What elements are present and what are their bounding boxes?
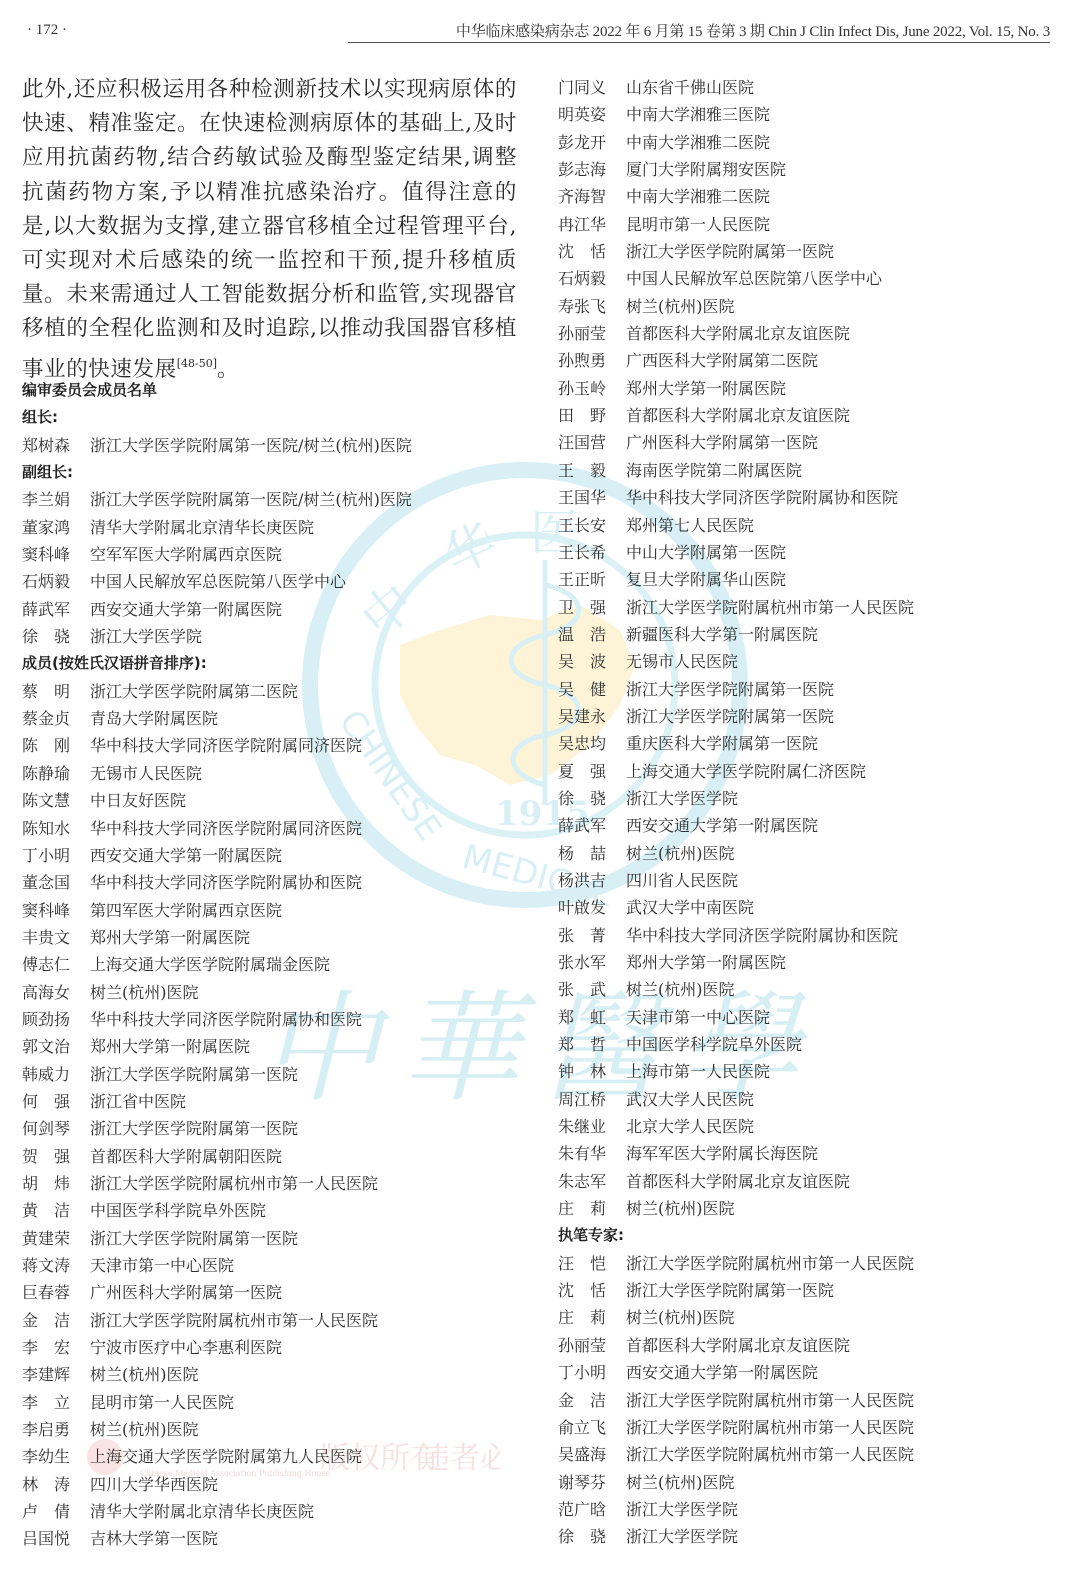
member-name: 汪 恺 [558, 1250, 626, 1277]
list-item: 陈知水华中科技大学同济医学院附属同济医院 [22, 815, 412, 842]
page-header: · 172 · 中华临床感染病杂志 2022 年 6 月第 15 卷第 3 期 … [0, 0, 1080, 50]
member-name: 卢 倩 [22, 1498, 90, 1525]
member-name: 门同义 [558, 74, 626, 101]
member-institution: 浙江大学医学院附属杭州市第一人民医院 [626, 1250, 914, 1277]
member-name: 卫 强 [558, 594, 626, 621]
member-institution: 首都医科大学附属北京友谊医院 [626, 1332, 850, 1359]
member-institution: 浙江大学医学院附属第一医院 [626, 238, 834, 265]
list-item: 薛武军西安交通大学第一附属医院 [558, 812, 914, 839]
list-item: 沈 恬浙江大学医学院附属第一医院 [558, 238, 914, 265]
member-institution: 浙江大学医学院附属杭州市第一人民医院 [90, 1170, 378, 1197]
list-item: 田 野首都医科大学附属北京友谊医院 [558, 402, 914, 429]
list-item: 张 菁华中科技大学同济医学院附属协和医院 [558, 922, 914, 949]
list-item: 王长安郑州第七人民医院 [558, 512, 914, 539]
member-institution: 浙江大学医学院附属杭州市第一人民医院 [626, 1441, 914, 1468]
member-name: 李 立 [22, 1389, 90, 1416]
member-name: 沈 恬 [558, 1277, 626, 1304]
header-rule [348, 42, 1050, 43]
list-item: 黄 洁中国医学科学院阜外医院 [22, 1197, 412, 1224]
member-institution: 树兰(杭州)医院 [626, 976, 735, 1003]
member-institution: 西安交通大学第一附属医院 [90, 842, 282, 869]
list-item: 徐 骁浙江大学医学院 [558, 1523, 914, 1550]
member-institution: 上海交通大学医学院附属第九人民医院 [90, 1443, 362, 1470]
member-name: 郭文治 [22, 1033, 90, 1060]
member-institution: 浙江大学医学院附属第一医院 [626, 703, 834, 730]
member-name: 傅志仁 [22, 951, 90, 978]
list-item: 郭文治郑州大学第一附属医院 [22, 1033, 412, 1060]
member-name: 俞立飞 [558, 1414, 626, 1441]
committee-list-left: 编审委员会成员名单组长:郑树森浙江大学医学院附属第一医院/树兰(杭州)医院副组长… [22, 377, 412, 1553]
list-item: 卫 强浙江大学医学院附属杭州市第一人民医院 [558, 594, 914, 621]
member-institution: 浙江大学医学院附属第一医院/树兰(杭州)医院 [90, 432, 412, 459]
member-name: 明英姿 [558, 101, 626, 128]
member-name: 陈静瑜 [22, 760, 90, 787]
member-institution: 清华大学附属北京清华长庚医院 [90, 514, 314, 541]
member-name: 谢琴芬 [558, 1469, 626, 1496]
member-institution: 中南大学湘雅三医院 [626, 101, 770, 128]
list-item: 李兰娟浙江大学医学院附属第一医院/树兰(杭州)医院 [22, 486, 412, 513]
members-heading: 成员(按姓氏汉语拼音排序): [22, 650, 412, 677]
member-institution: 浙江大学医学院附属第一医院 [90, 1115, 298, 1142]
member-name: 吴盛海 [558, 1441, 626, 1468]
member-name: 范广晗 [558, 1496, 626, 1523]
list-item: 徐 骁浙江大学医学院 [558, 785, 914, 812]
committee-list-right: 门同义山东省千佛山医院明英姿中南大学湘雅三医院彭龙开中南大学湘雅二医院彭志海厦门… [558, 74, 914, 1551]
member-institution: 浙江大学医学院附属杭州市第一人民医院 [626, 594, 914, 621]
list-item: 明英姿中南大学湘雅三医院 [558, 101, 914, 128]
member-institution: 首都医科大学附属北京友谊医院 [626, 402, 850, 429]
member-institution: 浙江大学医学院附属杭州市第一人民医院 [626, 1414, 914, 1441]
member-institution: 浙江大学医学院附属第一医院 [90, 1061, 298, 1088]
list-item: 张 武树兰(杭州)医院 [558, 976, 914, 1003]
member-institution: 新疆医科大学第一附属医院 [626, 621, 818, 648]
list-item: 孙玉岭郑州大学第一附属医院 [558, 375, 914, 402]
paragraph-text: 此外,还应积极运用各种检测新技术以实现病原体的快速、精准鉴定。在快速检测病原体的… [22, 77, 517, 382]
member-institution: 广州医科大学附属第一医院 [626, 429, 818, 456]
member-institution: 昆明市第一人民医院 [626, 211, 770, 238]
list-item: 薛武军西安交通大学第一附属医院 [22, 596, 412, 623]
member-name: 李幼生 [22, 1443, 90, 1470]
member-name: 吕国悦 [22, 1525, 90, 1552]
member-institution: 复旦大学附属华山医院 [626, 566, 786, 593]
member-name: 张 菁 [558, 922, 626, 949]
member-name: 郑 哲 [558, 1031, 626, 1058]
deputy-heading: 副组长: [22, 459, 412, 486]
list-item: 董念国华中科技大学同济医学院附属协和医院 [22, 869, 412, 896]
member-name: 黄 洁 [22, 1197, 90, 1224]
list-item: 钟 林上海市第一人民医院 [558, 1058, 914, 1085]
member-institution: 浙江大学医学院 [626, 785, 738, 812]
list-item: 郑 虹天津市第一中心医院 [558, 1004, 914, 1031]
member-institution: 第四军医大学附属西京医院 [90, 897, 282, 924]
member-institution: 中南大学湘雅二医院 [626, 129, 770, 156]
member-name: 金 洁 [558, 1387, 626, 1414]
list-item: 彭龙开中南大学湘雅二医院 [558, 129, 914, 156]
member-institution: 广州医科大学附属第一医院 [90, 1279, 282, 1306]
member-institution: 北京大学人民医院 [626, 1113, 754, 1140]
member-institution: 树兰(杭州)医院 [90, 1361, 199, 1388]
list-item: 寿张飞树兰(杭州)医院 [558, 293, 914, 320]
member-institution: 武汉大学中南医院 [626, 894, 754, 921]
svg-text:违者必究: 违者必究 [420, 1441, 500, 1476]
member-name: 田 野 [558, 402, 626, 429]
list-item: 王正昕复旦大学附属华山医院 [558, 566, 914, 593]
list-item: 何 强浙江省中医院 [22, 1088, 412, 1115]
list-item: 谢琴芬树兰(杭州)医院 [558, 1469, 914, 1496]
list-item: 金 洁浙江大学医学院附属杭州市第一人民医院 [22, 1307, 412, 1334]
member-name: 吴建永 [558, 703, 626, 730]
member-institution: 无锡市人民医院 [90, 760, 202, 787]
list-item: 汪 恺浙江大学医学院附属杭州市第一人民医院 [558, 1250, 914, 1277]
member-name: 李建辉 [22, 1361, 90, 1388]
member-name: 温 浩 [558, 621, 626, 648]
member-institution: 天津市第一中心医院 [626, 1004, 770, 1031]
list-item: 吕国悦吉林大学第一医院 [22, 1525, 412, 1552]
member-name: 蒋文涛 [22, 1252, 90, 1279]
member-name: 朱有华 [558, 1140, 626, 1167]
member-institution: 浙江大学医学院 [626, 1523, 738, 1550]
list-item: 郑 哲中国医学科学院阜外医院 [558, 1031, 914, 1058]
list-item: 冉江华昆明市第一人民医院 [558, 211, 914, 238]
member-institution: 浙江大学医学院附属第二医院 [90, 678, 298, 705]
member-institution: 树兰(杭州)医院 [90, 979, 199, 1006]
member-name: 彭志海 [558, 156, 626, 183]
member-institution: 树兰(杭州)医院 [626, 1195, 735, 1222]
member-institution: 中国人民解放军总医院第八医学中心 [90, 568, 346, 595]
member-institution: 浙江大学医学院附属第一医院 [626, 676, 834, 703]
member-institution: 树兰(杭州)医院 [626, 293, 735, 320]
member-name: 张 武 [558, 976, 626, 1003]
member-name: 王长安 [558, 512, 626, 539]
list-item: 庄 莉树兰(杭州)医院 [558, 1304, 914, 1331]
list-item: 陈 刚华中科技大学同济医学院附属同济医院 [22, 732, 412, 759]
list-item: 朱继业北京大学人民医院 [558, 1113, 914, 1140]
list-item: 陈文慧中日友好医院 [22, 787, 412, 814]
list-item: 孙煦勇广西医科大学附属第二医院 [558, 347, 914, 374]
member-institution: 海南医学院第二附属医院 [626, 457, 802, 484]
member-name: 董家鸿 [22, 514, 90, 541]
citation-ref[interactable]: [48-50] [177, 357, 217, 370]
list-item: 李建辉树兰(杭州)医院 [22, 1361, 412, 1388]
list-item: 庄 莉树兰(杭州)医院 [558, 1195, 914, 1222]
list-item: 叶啟发武汉大学中南医院 [558, 894, 914, 921]
list-item: 吴建永浙江大学医学院附属第一医院 [558, 703, 914, 730]
member-name: 杨洪吉 [558, 867, 626, 894]
member-name: 王长希 [558, 539, 626, 566]
member-institution: 浙江大学医学院附属第一医院/树兰(杭州)医院 [90, 486, 412, 513]
member-institution: 树兰(杭州)医院 [626, 840, 735, 867]
member-name: 胡 炜 [22, 1170, 90, 1197]
list-item: 李幼生上海交通大学医学院附属第九人民医院 [22, 1443, 412, 1470]
list-item: 李 宏宁波市医疗中心李惠利医院 [22, 1334, 412, 1361]
member-name: 王正昕 [558, 566, 626, 593]
member-institution: 西安交通大学第一附属医院 [90, 596, 282, 623]
list-item: 林 涛四川大学华西医院 [22, 1471, 412, 1498]
member-name: 蔡 明 [22, 678, 90, 705]
member-institution: 华中科技大学同济医学院附属协和医院 [626, 484, 898, 511]
svg-text:华: 华 [436, 512, 506, 586]
member-institution: 四川大学华西医院 [90, 1471, 218, 1498]
list-item: 朱志军首都医科大学附属北京友谊医院 [558, 1168, 914, 1195]
member-name: 王 毅 [558, 457, 626, 484]
member-name: 朱继业 [558, 1113, 626, 1140]
member-name: 郑树森 [22, 432, 90, 459]
list-item: 何剑琴浙江大学医学院附属第一医院 [22, 1115, 412, 1142]
member-institution: 中国医学科学院阜外医院 [90, 1197, 266, 1224]
list-item: 蔡金贞青岛大学附属医院 [22, 705, 412, 732]
list-item: 黄建荣浙江大学医学院附属第一医院 [22, 1225, 412, 1252]
member-institution: 郑州大学第一附属医院 [626, 375, 786, 402]
member-name: 孙丽莹 [558, 320, 626, 347]
member-institution: 浙江大学医学院附属第一医院 [626, 1277, 834, 1304]
member-institution: 西安交通大学第一附属医院 [626, 812, 818, 839]
list-item: 俞立飞浙江大学医学院附属杭州市第一人民医院 [558, 1414, 914, 1441]
member-name: 顾劲扬 [22, 1006, 90, 1033]
member-institution: 郑州第七人民医院 [626, 512, 754, 539]
member-name: 丰贵文 [22, 924, 90, 951]
member-institution: 中日友好医院 [90, 787, 186, 814]
list-item: 丁小明西安交通大学第一附属医院 [22, 842, 412, 869]
member-name: 徐 骁 [558, 1523, 626, 1550]
member-institution: 中国医学科学院阜外医院 [626, 1031, 802, 1058]
member-institution: 武汉大学人民医院 [626, 1086, 754, 1113]
body-paragraph: 此外,还应积极运用各种检测新技术以实现病原体的快速、精准鉴定。在快速检测病原体的… [22, 73, 517, 387]
list-item: 吴 波无锡市人民医院 [558, 648, 914, 675]
member-institution: 华中科技大学同济医学院附属协和医院 [90, 869, 362, 896]
member-name: 薛武军 [558, 812, 626, 839]
member-institution: 首都医科大学附属北京友谊医院 [626, 1168, 850, 1195]
member-name: 窦科峰 [22, 897, 90, 924]
member-name: 陈 刚 [22, 732, 90, 759]
member-name: 徐 骁 [558, 785, 626, 812]
member-name: 窦科峰 [22, 541, 90, 568]
member-name: 丁小明 [558, 1359, 626, 1386]
member-institution: 重庆医科大学附属第一医院 [626, 730, 818, 757]
member-name: 李 宏 [22, 1334, 90, 1361]
list-item: 范广晗浙江大学医学院 [558, 1496, 914, 1523]
member-institution: 海军军医大学附属长海医院 [626, 1140, 818, 1167]
list-item: 杨洪吉四川省人民医院 [558, 867, 914, 894]
member-name: 石炳毅 [558, 265, 626, 292]
list-item: 王国华华中科技大学同济医学院附属协和医院 [558, 484, 914, 511]
list-item: 张水军郑州大学第一附属医院 [558, 949, 914, 976]
member-name: 董念国 [22, 869, 90, 896]
member-name: 汪国营 [558, 429, 626, 456]
member-institution: 宁波市医疗中心李惠利医院 [90, 1334, 282, 1361]
list-item: 韩威力浙江大学医学院附属第一医院 [22, 1061, 412, 1088]
member-name: 朱志军 [558, 1168, 626, 1195]
list-item: 窦科峰第四军医大学附属西京医院 [22, 897, 412, 924]
list-item: 郑树森浙江大学医学院附属第一医院/树兰(杭州)医院 [22, 432, 412, 459]
member-name: 金 洁 [22, 1307, 90, 1334]
list-item: 巨春蓉广州医科大学附属第一医院 [22, 1279, 412, 1306]
member-name: 钟 林 [558, 1058, 626, 1085]
member-name: 何 强 [22, 1088, 90, 1115]
list-item: 彭志海厦门大学附属翔安医院 [558, 156, 914, 183]
committee-title: 编审委员会成员名单 [22, 377, 412, 404]
member-name: 杨 喆 [558, 840, 626, 867]
member-name: 夏 强 [558, 758, 626, 785]
list-item: 齐海智中南大学湘雅二医院 [558, 183, 914, 210]
member-institution: 首都医科大学附属朝阳医院 [90, 1143, 282, 1170]
list-item: 顾劲扬华中科技大学同济医学院附属协和医院 [22, 1006, 412, 1033]
member-institution: 上海交通大学医学院附属仁济医院 [626, 758, 866, 785]
member-name: 韩威力 [22, 1061, 90, 1088]
member-name: 蔡金贞 [22, 705, 90, 732]
list-item: 温 浩新疆医科大学第一附属医院 [558, 621, 914, 648]
member-name: 彭龙开 [558, 129, 626, 156]
member-institution: 浙江省中医院 [90, 1088, 186, 1115]
member-name: 李启勇 [22, 1416, 90, 1443]
list-item: 丁小明西安交通大学第一附属医院 [558, 1359, 914, 1386]
member-name: 孙煦勇 [558, 347, 626, 374]
list-item: 王长希中山大学附属第一医院 [558, 539, 914, 566]
list-item: 吴盛海浙江大学医学院附属杭州市第一人民医院 [558, 1441, 914, 1468]
member-name: 吴 波 [558, 648, 626, 675]
member-institution: 郑州大学第一附属医院 [626, 949, 786, 976]
member-name: 冉江华 [558, 211, 626, 238]
member-institution: 浙江大学医学院附属杭州市第一人民医院 [626, 1387, 914, 1414]
list-item: 杨 喆树兰(杭州)医院 [558, 840, 914, 867]
list-item: 贺 强首都医科大学附属朝阳医院 [22, 1143, 412, 1170]
list-item: 胡 炜浙江大学医学院附属杭州市第一人民医院 [22, 1170, 412, 1197]
leader-heading: 组长: [22, 404, 412, 431]
list-item: 王 毅海南医学院第二附属医院 [558, 457, 914, 484]
member-institution: 广西医科大学附属第二医院 [626, 347, 818, 374]
member-institution: 浙江大学医学院附属第一医院 [90, 1225, 298, 1252]
page-number: · 172 · [27, 22, 67, 39]
member-institution: 树兰(杭州)医院 [626, 1304, 735, 1331]
member-name: 丁小明 [22, 842, 90, 869]
member-institution: 郑州大学第一附属医院 [90, 1033, 250, 1060]
list-item: 董家鸿清华大学附属北京清华长庚医院 [22, 514, 412, 541]
member-institution: 首都医科大学附属北京友谊医院 [626, 320, 850, 347]
member-institution: 华中科技大学同济医学院附属同济医院 [90, 732, 362, 759]
member-institution: 树兰(杭州)医院 [626, 1469, 735, 1496]
member-institution: 郑州大学第一附属医院 [90, 924, 250, 951]
member-institution: 上海交通大学医学院附属瑞金医院 [90, 951, 330, 978]
list-item: 金 洁浙江大学医学院附属杭州市第一人民医院 [558, 1387, 914, 1414]
list-item: 傅志仁上海交通大学医学院附属瑞金医院 [22, 951, 412, 978]
member-institution: 昆明市第一人民医院 [90, 1389, 234, 1416]
member-name: 寿张飞 [558, 293, 626, 320]
member-name: 叶啟发 [558, 894, 626, 921]
member-institution: 上海市第一人民医院 [626, 1058, 770, 1085]
list-item: 孙丽莹首都医科大学附属北京友谊医院 [558, 1332, 914, 1359]
member-name: 黄建荣 [22, 1225, 90, 1252]
member-institution: 浙江大学医学院 [90, 623, 202, 650]
member-institution: 浙江大学医学院 [626, 1496, 738, 1523]
list-item: 周江桥武汉大学人民医院 [558, 1086, 914, 1113]
member-institution: 树兰(杭州)医院 [90, 1416, 199, 1443]
list-item: 徐 骁浙江大学医学院 [22, 623, 412, 650]
list-item: 孙丽莹首都医科大学附属北京友谊医院 [558, 320, 914, 347]
member-name: 张水军 [558, 949, 626, 976]
list-item: 门同义山东省千佛山医院 [558, 74, 914, 101]
list-item: 窦科峰空军军医大学附属西京医院 [22, 541, 412, 568]
list-item: 汪国营广州医科大学附属第一医院 [558, 429, 914, 456]
list-item: 朱有华海军军医大学附属长海医院 [558, 1140, 914, 1167]
member-institution: 空军军医大学附属西京医院 [90, 541, 282, 568]
member-name: 王国华 [558, 484, 626, 511]
member-institution: 四川省人民医院 [626, 867, 738, 894]
member-name: 吴 健 [558, 676, 626, 703]
member-institution: 山东省千佛山医院 [626, 74, 754, 101]
member-institution: 吉林大学第一医院 [90, 1525, 218, 1552]
member-name: 周江桥 [558, 1086, 626, 1113]
member-institution: 西安交通大学第一附属医院 [626, 1359, 818, 1386]
member-name: 贺 强 [22, 1143, 90, 1170]
member-name: 沈 恬 [558, 238, 626, 265]
member-institution: 华中科技大学同济医学院附属协和医院 [626, 922, 898, 949]
member-institution: 中南大学湘雅二医院 [626, 183, 770, 210]
member-institution: 浙江大学医学院附属杭州市第一人民医院 [90, 1307, 378, 1334]
member-name: 巨春蓉 [22, 1279, 90, 1306]
member-name: 郑 虹 [558, 1004, 626, 1031]
member-institution: 青岛大学附属医院 [90, 705, 218, 732]
member-name: 庄 莉 [558, 1304, 626, 1331]
list-item: 丰贵文郑州大学第一附属医院 [22, 924, 412, 951]
journal-citation: 中华临床感染病杂志 2022 年 6 月第 15 卷第 3 期 Chin J C… [456, 20, 1050, 41]
list-item: 蔡 明浙江大学医学院附属第二医院 [22, 678, 412, 705]
member-name: 徐 骁 [22, 623, 90, 650]
member-name: 石炳毅 [22, 568, 90, 595]
member-institution: 清华大学附属北京清华长庚医院 [90, 1498, 314, 1525]
list-item: 高海女树兰(杭州)医院 [22, 979, 412, 1006]
member-name: 吴忠均 [558, 730, 626, 757]
list-item: 吴忠均重庆医科大学附属第一医院 [558, 730, 914, 757]
member-name: 孙丽莹 [558, 1332, 626, 1359]
writers-heading: 执笔专家: [558, 1222, 914, 1249]
member-name: 齐海智 [558, 183, 626, 210]
member-name: 陈知水 [22, 815, 90, 842]
member-name: 高海女 [22, 979, 90, 1006]
member-institution: 无锡市人民医院 [626, 648, 738, 675]
member-name: 李兰娟 [22, 486, 90, 513]
list-item: 卢 倩清华大学附属北京清华长庚医院 [22, 1498, 412, 1525]
list-item: 陈静瑜无锡市人民医院 [22, 760, 412, 787]
list-item: 李启勇树兰(杭州)医院 [22, 1416, 412, 1443]
member-name: 孙玉岭 [558, 375, 626, 402]
member-name: 薛武军 [22, 596, 90, 623]
list-item: 石炳毅中国人民解放军总医院第八医学中心 [22, 568, 412, 595]
list-item: 夏 强上海交通大学医学院附属仁济医院 [558, 758, 914, 785]
member-institution: 华中科技大学同济医学院附属协和医院 [90, 1006, 362, 1033]
member-name: 何剑琴 [22, 1115, 90, 1142]
member-institution: 中国人民解放军总医院第八医学中心 [626, 265, 882, 292]
member-institution: 天津市第一中心医院 [90, 1252, 234, 1279]
member-name: 陈文慧 [22, 787, 90, 814]
member-name: 庄 莉 [558, 1195, 626, 1222]
member-name: 林 涛 [22, 1471, 90, 1498]
list-item: 石炳毅中国人民解放军总医院第八医学中心 [558, 265, 914, 292]
list-item: 李 立昆明市第一人民医院 [22, 1389, 412, 1416]
list-item: 沈 恬浙江大学医学院附属第一医院 [558, 1277, 914, 1304]
member-institution: 厦门大学附属翔安医院 [626, 156, 786, 183]
member-institution: 中山大学附属第一医院 [626, 539, 786, 566]
list-item: 蒋文涛天津市第一中心医院 [22, 1252, 412, 1279]
list-item: 吴 健浙江大学医学院附属第一医院 [558, 676, 914, 703]
member-institution: 华中科技大学同济医学院附属同济医院 [90, 815, 362, 842]
